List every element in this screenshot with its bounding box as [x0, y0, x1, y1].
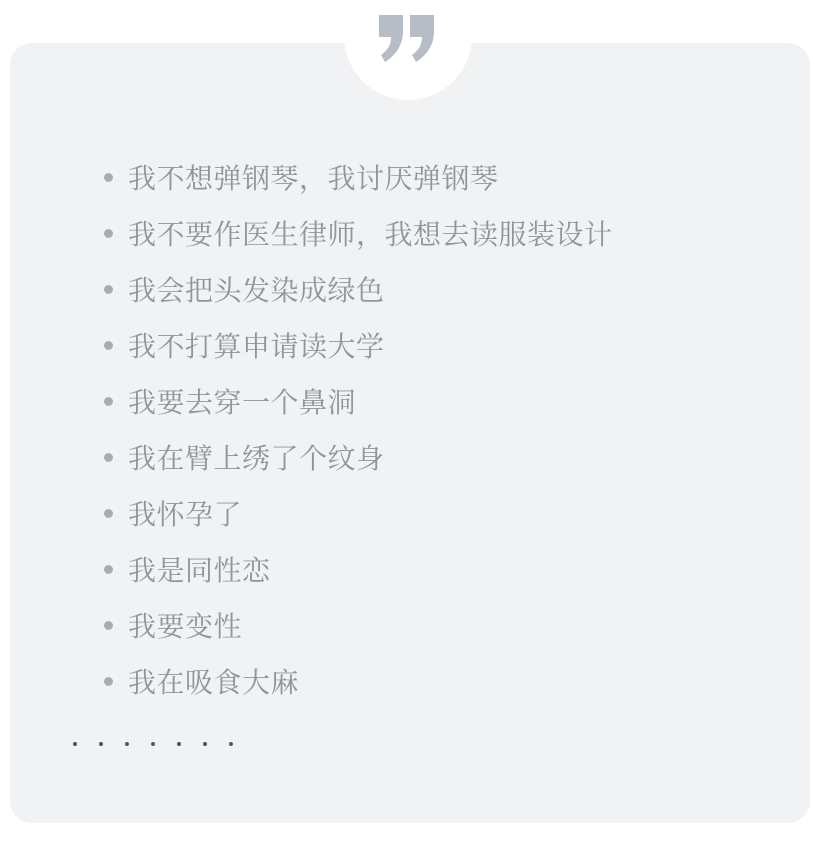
ellipsis-dot-icon — [125, 742, 129, 746]
bullet-icon — [104, 621, 113, 630]
bullet-icon — [104, 677, 113, 686]
list-item-text: 我要去穿一个鼻洞 — [128, 381, 356, 421]
list-item: 我怀孕了 — [104, 485, 724, 541]
ellipsis-dot-icon — [99, 742, 103, 746]
list-item-text: 我是同性恋 — [128, 549, 271, 589]
list-item: 我会把头发染成绿色 — [104, 261, 724, 317]
list-item-text: 我不想弹钢琴，我讨厌弹钢琴 — [128, 157, 499, 197]
quote-list: 我不想弹钢琴，我讨厌弹钢琴我不要作医生律师，我想去读服装设计我会把头发染成绿色我… — [104, 149, 724, 709]
list-item: 我不打算申请读大学 — [104, 317, 724, 373]
list-item: 我是同性恋 — [104, 541, 724, 597]
bullet-icon — [104, 229, 113, 238]
ellipsis-dot-icon — [73, 742, 77, 746]
bullet-icon — [104, 285, 113, 294]
list-item: 我不要作医生律师，我想去读服装设计 — [104, 205, 724, 261]
bullet-icon — [104, 453, 113, 462]
list-item: 我要去穿一个鼻洞 — [104, 373, 724, 429]
bullet-icon — [104, 509, 113, 518]
bullet-icon — [104, 565, 113, 574]
ellipsis-dots — [73, 742, 233, 746]
quote-right-icon — [379, 15, 437, 62]
list-item-text: 我怀孕了 — [128, 493, 242, 533]
list-item: 我不想弹钢琴，我讨厌弹钢琴 — [104, 149, 724, 205]
ellipsis-dot-icon — [229, 742, 233, 746]
ellipsis-dot-icon — [177, 742, 181, 746]
ellipsis-dot-icon — [151, 742, 155, 746]
list-item-text: 我在吸食大麻 — [128, 661, 299, 701]
bullet-icon — [104, 397, 113, 406]
list-item-text: 我在臂上绣了个纹身 — [128, 437, 385, 477]
list-item-text: 我不要作医生律师，我想去读服装设计 — [128, 213, 613, 253]
slide: 我不想弹钢琴，我讨厌弹钢琴我不要作医生律师，我想去读服装设计我会把头发染成绿色我… — [0, 0, 820, 844]
list-item-text: 我会把头发染成绿色 — [128, 269, 385, 309]
list-item: 我要变性 — [104, 597, 724, 653]
list-item: 我在臂上绣了个纹身 — [104, 429, 724, 485]
list-item: 我在吸食大麻 — [104, 653, 724, 709]
bullet-icon — [104, 173, 113, 182]
bullet-icon — [104, 341, 113, 350]
list-item-text: 我要变性 — [128, 605, 242, 645]
ellipsis-dot-icon — [203, 742, 207, 746]
list-item-text: 我不打算申请读大学 — [128, 325, 385, 365]
